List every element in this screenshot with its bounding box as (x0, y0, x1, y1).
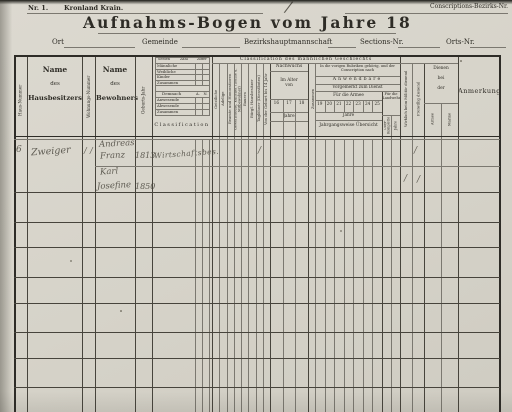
grid-line (424, 63, 425, 412)
vorgemerkt-label: Vorgemerkt zum Dienst (315, 85, 400, 90)
form-number: Nr. 1. (28, 5, 48, 12)
anwendbare-title: Anwendbare (315, 77, 400, 82)
grid-line (14, 222, 500, 223)
class-col-geburt-bis-14: Von der Geburt bis 14 Jahr (263, 65, 269, 133)
grid-line (155, 115, 209, 116)
nachwuchs-year-16: 16 (270, 102, 283, 107)
grid-line (353, 139, 354, 412)
armee-year-22: 22 (344, 102, 354, 107)
grid-line (256, 63, 257, 412)
grid-line (14, 247, 500, 248)
grid-line (334, 100, 335, 112)
grid-line (270, 71, 308, 72)
grid-line (98, 33, 396, 34)
col-hausbesitzer-header: Name des Hausbesitzers (28, 66, 82, 102)
grid-line (344, 100, 345, 112)
dienen-line1: Dienen (424, 67, 458, 72)
handwritten-resident-3: Karl (100, 167, 119, 178)
grid-line (155, 57, 209, 58)
handwritten-tick-service-3: / (417, 175, 420, 185)
grid-line (155, 103, 209, 104)
grid-line (315, 84, 400, 85)
grid-line (441, 103, 442, 412)
armee-year-19: 19 (315, 102, 325, 107)
grid-line (14, 136, 500, 138)
grid-line (155, 109, 209, 110)
grid-line (424, 103, 458, 104)
armee-year-25: 25 (372, 102, 382, 107)
orts-nr-label: Orts-Nr. (446, 39, 475, 47)
grid-line (325, 139, 326, 412)
scanned-census-form-page: Nr. 1. Kronland Krain. Conscriptions-Bez… (0, 0, 512, 412)
grid-line (241, 63, 242, 412)
stats-row-anwesende: Anwesende (157, 98, 179, 102)
grid-line (212, 63, 458, 64)
class-col-bauern: Bauern (242, 65, 248, 133)
handwritten-tick-service-1: / (414, 146, 417, 156)
grid-line (372, 139, 373, 412)
stats-col-n: N. (204, 92, 208, 96)
grid-line (155, 85, 209, 86)
dienen-line2: bei (424, 77, 458, 82)
grid-line (325, 100, 326, 112)
grid-line (14, 387, 500, 388)
grid-line (363, 139, 364, 412)
sections-nr-label: Sections-Nr. (360, 39, 404, 47)
stats-header-seelen: Seelen (158, 58, 170, 62)
grid-line (195, 139, 196, 412)
stats-row-abwesende: Abwesende (157, 104, 179, 108)
bewohner-line2: des (96, 81, 134, 87)
col-geburtsjahr-header: Geburts-Jahr (140, 70, 148, 130)
anmerkung-header: Anmerkung (458, 88, 499, 95)
handwritten-mark-2: / (90, 146, 93, 155)
grid-line (14, 55, 500, 57)
col-wohnungs-nummer-header: Wohnungs-Nummer (85, 62, 94, 132)
grid-line (412, 63, 413, 412)
grid-line (209, 139, 210, 412)
class-col-hausbesitzer: Bürgl. Hausbesitzer (249, 65, 255, 133)
crownland-label: Kronland Krain. (64, 5, 123, 12)
grid-line (334, 139, 335, 412)
classification-column-label: Classification (152, 123, 212, 129)
grid-line (270, 99, 308, 100)
grid-line (209, 57, 210, 116)
grid-line (382, 115, 400, 116)
handwritten-owner-name: Zweiger (31, 145, 71, 159)
armee-label: Für die Armee (315, 93, 382, 98)
grid-line (315, 76, 400, 77)
hausbesitzer-line2: des (28, 81, 82, 87)
nachwuchs-alter-label: Im Alter von (277, 78, 301, 87)
grid-line (155, 80, 209, 81)
paper-speck (340, 230, 342, 232)
grid-line (344, 139, 345, 412)
ort-label: Ort (52, 39, 64, 47)
grid-line (315, 100, 382, 101)
grid-line (155, 69, 209, 70)
stats-row-zusammen2: Zusammen (157, 110, 178, 114)
nachwuchs-year-18: 18 (295, 102, 308, 107)
grid-line (315, 91, 400, 92)
hausbesitzer-line3: Hausbesitzers (28, 95, 82, 103)
bewohner-line1: Name (96, 66, 134, 74)
grid-line (202, 97, 203, 115)
armee-year-24: 24 (363, 102, 373, 107)
grid-line (398, 47, 440, 48)
grid-line (328, 47, 356, 48)
grid-line (283, 99, 284, 412)
armee-jahre-label: Jahre (315, 113, 382, 118)
grid-line (219, 63, 220, 412)
paper-speck (460, 60, 462, 62)
grid-line (270, 63, 271, 412)
grid-line (372, 100, 373, 112)
grid-line (14, 277, 500, 278)
handwritten-tick-class: / (258, 146, 261, 156)
grid-line (155, 63, 209, 64)
stats-header-ziffer: Ziffer (197, 58, 207, 62)
gemeinde-label: Gemeinde (142, 39, 178, 47)
grid-line (363, 100, 364, 112)
grid-line (14, 192, 500, 193)
grid-line (155, 74, 209, 75)
armee-year-23: 23 (353, 102, 363, 107)
col-haus-nummer-header: Haus-Nummer (17, 70, 25, 130)
dienen-line3: der (424, 87, 458, 92)
nachwuchs-title: Nachwuchs (270, 64, 308, 69)
bewohner-line3: Bewohners (96, 95, 134, 103)
dienen-subcol-marine: Marine (446, 106, 453, 133)
landwehr-subcol-1: Über-Komplette (384, 117, 391, 134)
handwritten-resident-4: Josefine (97, 180, 132, 192)
grid-line (391, 115, 392, 412)
handwritten-tick-service-2: / (404, 174, 407, 184)
class-col-tagloehner: Taglöhner (Dienstboten) (256, 65, 262, 133)
grid-line (64, 47, 135, 48)
anwendbare-header: In die vorigen Rubriken gehörig, und der… (316, 64, 399, 76)
grid-line (182, 47, 240, 48)
grid-line (315, 63, 316, 412)
handwritten-house-number: 6 (16, 145, 22, 155)
class-col-gewerbsleute: Gewerbsleute, Künstler (Söhne u. Mitbewo… (234, 65, 241, 133)
grid-line (14, 139, 500, 140)
uebersicht-label: Jahrgangsweise Übersicht (315, 124, 382, 129)
class-col-geistliche: Geistliche (213, 65, 219, 133)
handwritten-mark-1: / (84, 146, 87, 155)
nachwuchs-jahre-label: Jahre (270, 114, 308, 119)
grid-line (95, 166, 500, 167)
class-col-adelige: Adelige (220, 65, 226, 133)
conscription-district-label: Conscriptions-Bezirks-Nr. (430, 4, 508, 11)
dienen-subcol-armee: Armee (429, 106, 436, 133)
grid-line (202, 139, 203, 412)
grid-line (308, 63, 309, 412)
grid-line (270, 121, 308, 122)
class-col-beamte: Beamte und Honoratioren (227, 65, 233, 133)
landwehr-label: Für die Landwehr (383, 93, 400, 101)
grid-line (14, 358, 500, 359)
grid-line (14, 332, 500, 333)
paper-speck (70, 260, 72, 262)
col-bewohner-header: Name des Bewohners (96, 66, 134, 102)
grid-line (234, 63, 235, 412)
grid-line (315, 120, 382, 121)
grid-line (155, 91, 209, 92)
handwritten-resident-1: Andreas (99, 138, 135, 150)
grid-line (270, 112, 308, 113)
grid-line (345, 13, 508, 14)
stats-demnach-label: Demnach (162, 92, 181, 96)
handwritten-resident-2: Franz (100, 150, 125, 161)
grid-line (470, 47, 506, 48)
grid-line (195, 97, 196, 115)
grid-line (27, 13, 263, 14)
grid-line (227, 63, 228, 412)
paper-speck (120, 310, 122, 312)
grid-line (155, 97, 209, 98)
bezirkshauptmannschaft-label: Bezirkshauptmannschaft (244, 39, 332, 47)
col-militaer-dienend: Wirklich beim Militär dienend (401, 66, 411, 132)
landwehr-subcol-2: Jahre (393, 117, 400, 134)
hausbesitzer-line1: Name (28, 66, 82, 74)
grid-line (315, 112, 382, 113)
col-freiwillig-dienend: Freiwillig dienend (414, 66, 423, 132)
nachwuchs-year-17: 17 (283, 102, 296, 107)
stats-header-zahl: Zahl (180, 58, 188, 62)
grid-line (155, 57, 156, 116)
grid-line (353, 100, 354, 112)
armee-year-20: 20 (325, 102, 335, 107)
classification-group-title: Classification des männlichen Geschlecht… (212, 57, 400, 62)
armee-year-21: 21 (334, 102, 344, 107)
grid-line (14, 303, 500, 304)
grid-line (248, 63, 249, 412)
page-title: Aufnahms-Bogen vom Jahre 18 (60, 14, 435, 31)
grid-line (263, 63, 264, 412)
stats-col-a: A. (196, 92, 200, 96)
grid-line (295, 99, 296, 412)
